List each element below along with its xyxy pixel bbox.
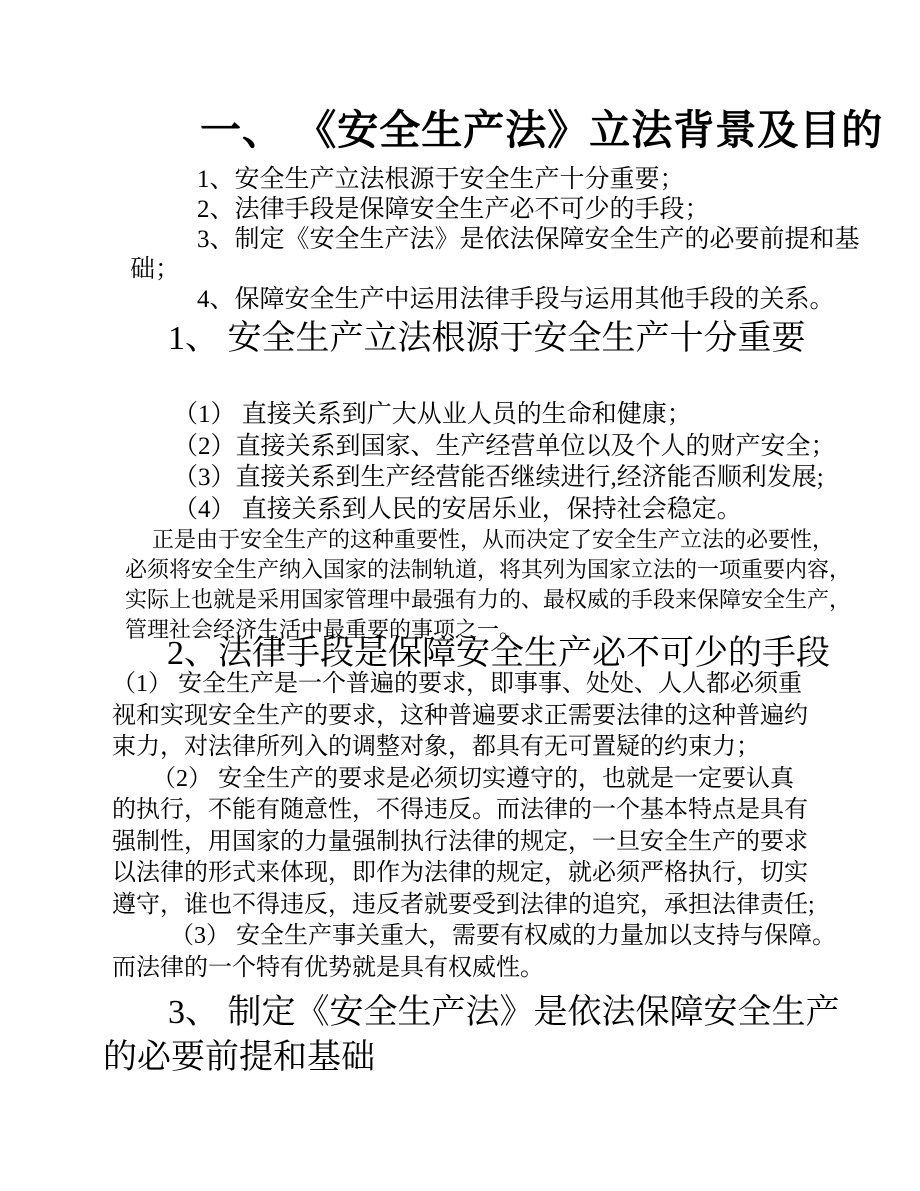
paragraph-line: 的执行，不能有随意性，不得违反。而法律的一个基本特点是具有 [0,795,920,827]
overview-item-1: 1、安全生产立法根源于安全生产十分重要； [0,165,920,195]
overview-item-4: 4、保障安全生产中运用法律手段与运用其他手段的关系。 [0,285,920,315]
paragraph-line: 束力，对法律所列入的调整对象，都具有无可置疑的约束力； [0,732,920,764]
paragraph-line: 以法律的形式来体现，即作为法律的规定，就必须严格执行，切实 [0,858,920,890]
paragraph-line: （1） 安全生产是一个普遍的要求，即事事、处处、人人都必须重 [0,669,920,701]
section3-heading-line-2: 的必要前提和基础 [0,1035,920,1080]
paragraph-line: 遵守，谁也不得违反，违反者就要受到法律的追究，承担法律责任; [0,890,920,922]
section1-paragraph: 正是由于安全生产的这种重要性，从而决定了安全生产立法的必要性， 必须将安全生产纳… [0,525,920,645]
overview-item-3-continued: 础； [0,255,920,285]
paragraph-line: 实际上也就是采用国家管理中最强有力的、最权威的手段来保障安全生产， [0,585,920,615]
overview-item-3: 3、制定《安全生产法》是依法保障安全生产的必要前提和基 [0,225,920,255]
section1-item-4: （4） 直接关系到人民的安居乐业，保持社会稳定。 [0,494,920,526]
paragraph-line: （2） 安全生产的要求是必须切实遵守的，也就是一定要认真 [0,764,920,796]
paragraph-line: 正是由于安全生产的这种重要性，从而决定了安全生产立法的必要性， [0,525,920,555]
document-page: 一、 《安全生产法》立法背景及目的 1、安全生产立法根源于安全生产十分重要； 2… [0,0,920,1191]
overview-list: 1、安全生产立法根源于安全生产十分重要； 2、法律手段是保障安全生产必不可少的手… [0,165,920,315]
paragraph-line: 而法律的一个特有优势就是具有权威性。 [0,953,920,985]
paragraph-line: 必须将安全生产纳入国家的法制轨道，将其列为国家立法的一项重要内容， [0,555,920,585]
overview-item-2: 2、法律手段是保障安全生产必不可少的手段； [0,195,920,225]
section1-item-2: （2）直接关系到国家、生产经营单位以及个人的财产安全； [0,431,920,463]
paragraph-line: 视和实现安全生产的要求，这种普遍要求正需要法律的这种普遍约 [0,701,920,733]
document-title: 一、 《安全生产法》立法背景及目的 [0,106,920,154]
section3-heading: 3、 制定《安全生产法》是依法保障安全生产 的必要前提和基础 [0,990,920,1080]
section1-items: （1） 直接关系到广大从业人员的生命和健康； （2）直接关系到国家、生产经营单位… [0,399,920,525]
section1-item-1: （1） 直接关系到广大从业人员的生命和健康； [0,399,920,431]
paragraph-line: 强制性，用国家的力量强制执行法律的规定，一旦安全生产的要求 [0,827,920,859]
section3-heading-line-1: 3、 制定《安全生产法》是依法保障安全生产 [0,990,920,1035]
section2-paragraph: （1） 安全生产是一个普遍的要求，即事事、处处、人人都必须重 视和实现安全生产的… [0,669,920,984]
section1-item-3: （3）直接关系到生产经营能否继续进行,经济能否顺利发展; [0,462,920,494]
section1-heading: 1、 安全生产立法根源于安全生产十分重要 [0,317,920,361]
paragraph-line: （3） 安全生产事关重大，需要有权威的力量加以支持与保障。 [0,921,920,953]
